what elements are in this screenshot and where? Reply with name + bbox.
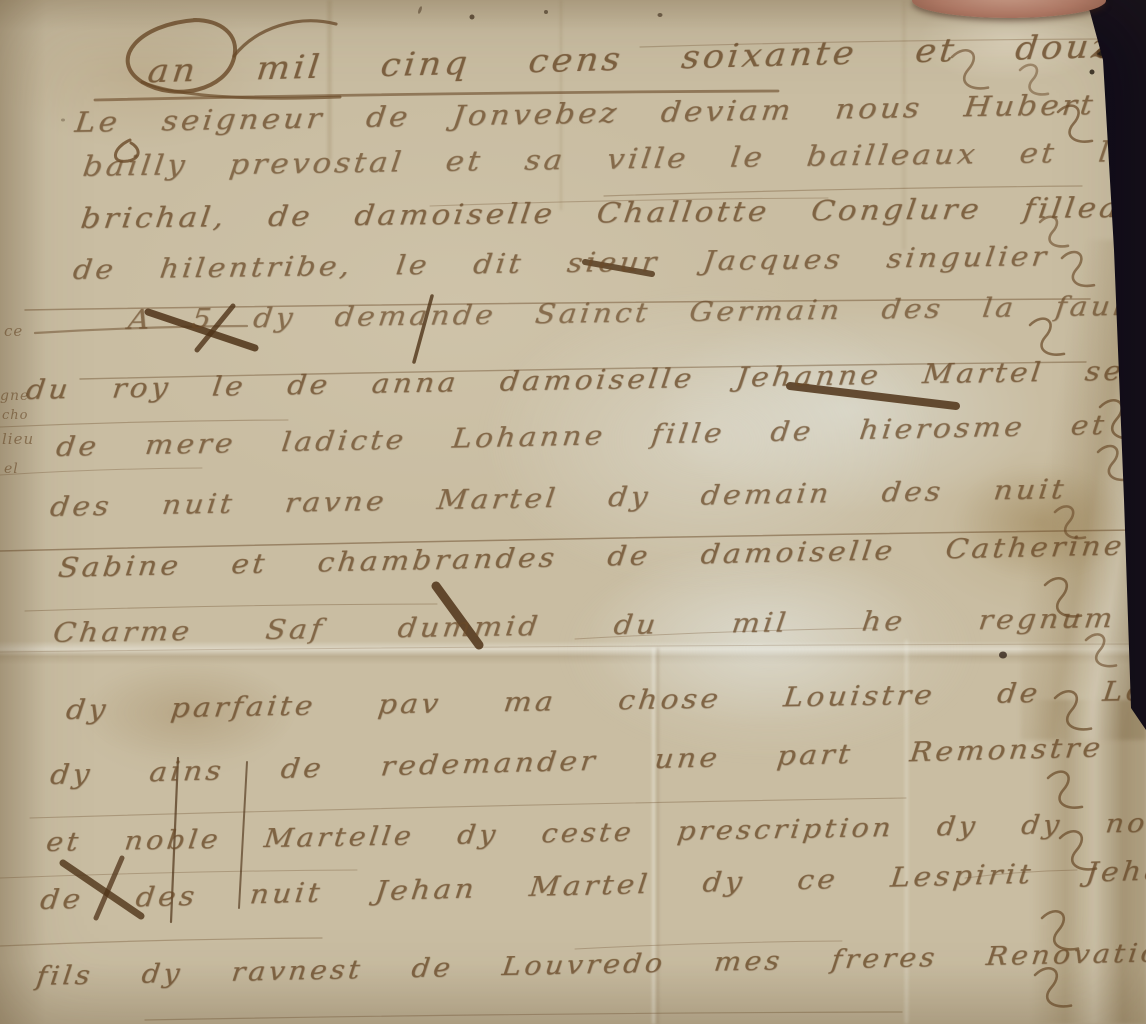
manuscript-photo: an mil cinq cens soixante et douzeLe sei… (0, 0, 1146, 1024)
photo-vignette (0, 0, 1146, 1024)
